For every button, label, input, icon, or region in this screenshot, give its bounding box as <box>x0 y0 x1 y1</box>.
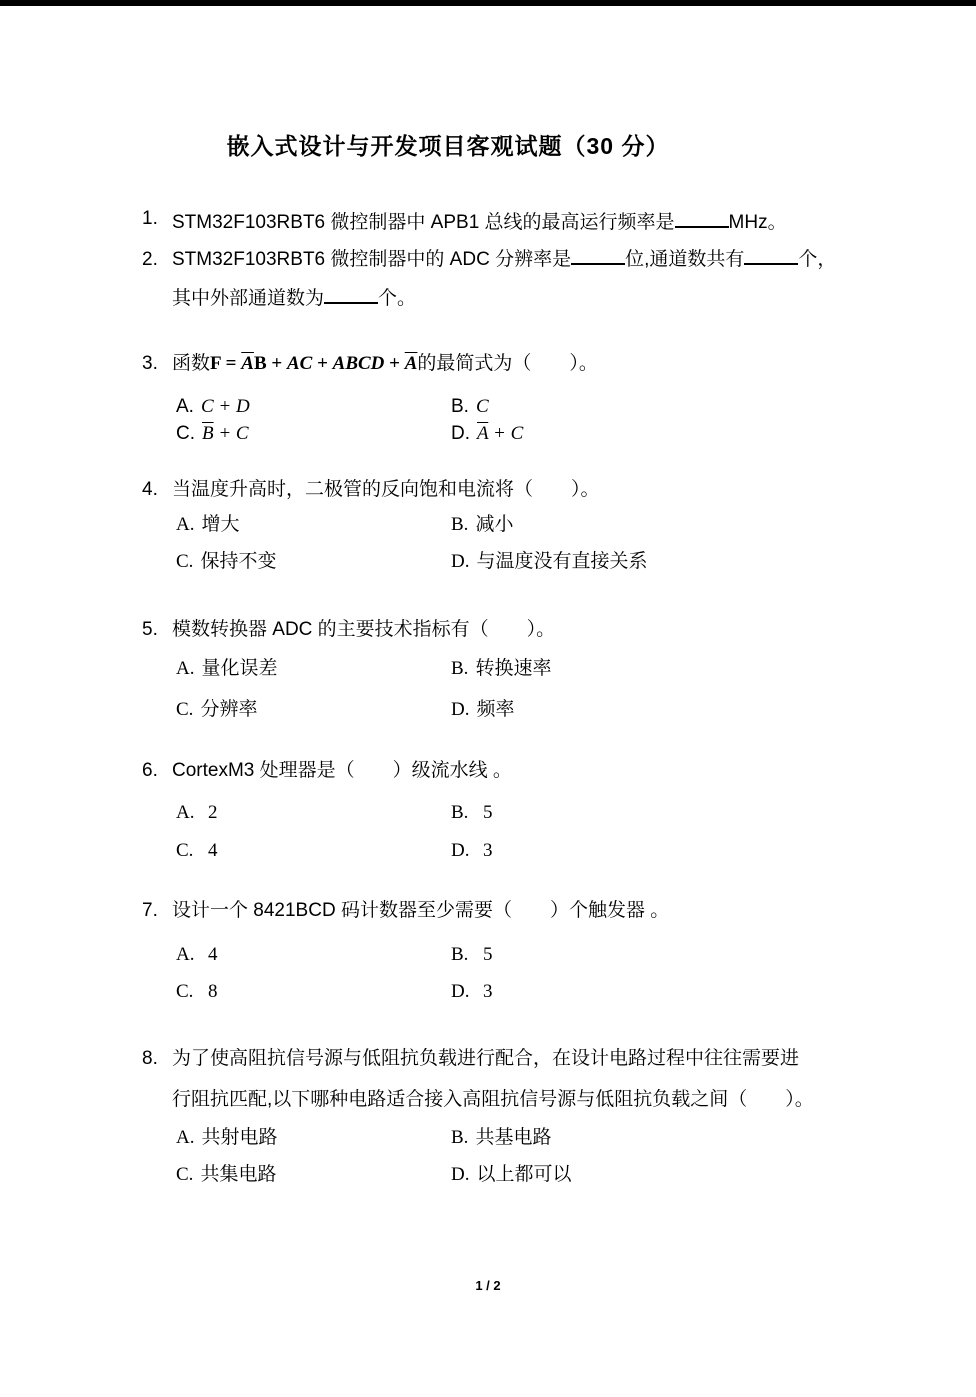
option-label: B. <box>451 514 468 535</box>
option-text: 5 <box>483 944 493 965</box>
question-stem-line-1: 为了使高阻抗信号源与低阻抗负载进行配合，在设计电路过程中往往需要进 <box>172 1038 814 1079</box>
option-text: 4 <box>208 840 218 861</box>
option-label: D. <box>451 699 469 720</box>
option-d: D.A + C <box>451 420 598 447</box>
question-stem: STM32F103RBT6 微控制器中 APB1 总线的最高运行频率是MHz。 <box>172 205 787 236</box>
stem-text: STM32F103RBT6 微控制器中的 ADC 分辨率是 <box>172 249 571 270</box>
option-a: A.4 <box>176 941 451 968</box>
option-a: A.增大 <box>176 511 451 538</box>
option-text: 以上都可以 <box>476 1164 571 1185</box>
option-text: 5 <box>483 802 493 823</box>
stem-text: MHz。 <box>729 212 787 233</box>
question-5: 5. 模数转换器 ADC 的主要技术指标有（ ）。 A.量化误差 B.转换速率 … <box>142 616 555 733</box>
plus-sign: + <box>384 353 404 374</box>
formula-F: F <box>210 353 221 374</box>
question-1: 1. STM32F103RBT6 微控制器中 APB1 总线的最高运行频率是MH… <box>142 205 787 236</box>
option-text: 8 <box>208 981 218 1002</box>
question-7: 7. 设计一个 8421BCD 码计数器至少需要（ ）个触发器 。 A.4 B.… <box>142 897 669 1015</box>
option-c: C.保持不变 <box>176 548 451 575</box>
option-c: C.共集电路 <box>176 1161 451 1188</box>
option-text: 共基电路 <box>475 1127 551 1148</box>
options-grid: A.增大 B.减小 C.保持不变 D.与温度没有直接关系 <box>172 511 648 575</box>
question-stem-line-1: STM32F103RBT6 微控制器中的 ADC 分辨率是位,通道数共有个， <box>172 240 836 279</box>
formula-ABCD: ABCD <box>333 353 385 374</box>
formula-A-bar: A <box>405 353 418 374</box>
stem-text: 位,通道数共有 <box>625 249 744 270</box>
option-text: C <box>476 396 489 417</box>
question-number: 6. <box>142 757 172 874</box>
option-label: C. <box>176 837 208 864</box>
option-label: B. <box>451 396 469 417</box>
option-d: D.频率 <box>451 696 555 723</box>
stem-text: 个。 <box>378 288 416 309</box>
options-grid: A.2 B.5 C.4 D.3 <box>172 799 512 864</box>
option-text: 分辨率 <box>200 699 257 720</box>
option-d: D.与温度没有直接关系 <box>451 548 648 575</box>
question-number: 5. <box>142 616 172 733</box>
option-d: D.3 <box>451 837 512 864</box>
question-number: 3. <box>142 350 172 447</box>
option-b: B.C <box>451 393 598 420</box>
option-label: B. <box>451 1127 468 1148</box>
question-stem-line-2: 行阻抗匹配,以下哪种电路适合接入高阻抗信号源与低阻抗负载之间（ ）。 <box>172 1079 814 1120</box>
formula-A-bar: A <box>241 353 254 374</box>
formula-B: B <box>254 353 267 374</box>
option-label: C. <box>176 551 193 572</box>
question-number: 7. <box>142 897 172 1015</box>
stem-text: 其中外部通道数为 <box>172 288 324 309</box>
option-b: B.转换速率 <box>451 655 555 682</box>
option-c: C.8 <box>176 978 451 1005</box>
option-label: D. <box>451 1164 469 1185</box>
plus-sign: + <box>267 353 287 374</box>
option-a: A.量化误差 <box>176 655 451 682</box>
question-6: 6. CortexM3 处理器是（ ）级流水线 。 A.2 B.5 C.4 D.… <box>142 757 512 874</box>
option-text: 与温度没有直接关系 <box>476 551 647 572</box>
option-text: 频率 <box>476 699 514 720</box>
options-grid: A.C + D B.C C.B + C D.A + C <box>172 393 598 447</box>
option-text: + C <box>488 423 523 444</box>
question-3: 3. 函数F = AB + AC + ABCD + A的最简式为（ ）。 A.C… <box>142 350 598 447</box>
question-stem: CortexM3 处理器是（ ）级流水线 。 <box>172 757 512 784</box>
options-grid: A.量化误差 B.转换速率 C.分辨率 D.频率 <box>172 655 555 723</box>
exam-title: 嵌入式设计与开发项目客观试题（30 分） <box>40 128 856 161</box>
option-label: A. <box>176 514 194 535</box>
stem-text: 函数 <box>172 353 210 374</box>
option-label: A. <box>176 799 208 826</box>
option-text: 4 <box>208 944 218 965</box>
option-text: 增大 <box>201 514 239 535</box>
option-label: C. <box>176 1164 193 1185</box>
question-stem-formula: 函数F = AB + AC + ABCD + A的最简式为（ ）。 <box>172 350 598 377</box>
option-label: C. <box>176 978 208 1005</box>
question-stem: 设计一个 8421BCD 码计数器至少需要（ ）个触发器 。 <box>172 897 669 924</box>
question-4: 4. 当温度升高时，二极管的反向饱和电流将（ ）。 A.增大 B.减小 C.保持… <box>142 476 648 585</box>
stem-text: 个， <box>798 249 836 270</box>
options-grid: A.4 B.5 C.8 D.3 <box>172 941 669 1005</box>
option-d: D.以上都可以 <box>451 1161 814 1188</box>
option-text: 减小 <box>475 514 513 535</box>
page-number: 1 / 2 <box>0 1278 976 1293</box>
option-text: 保持不变 <box>200 551 276 572</box>
option-label: C. <box>176 699 193 720</box>
option-label: B. <box>451 941 483 968</box>
option-a: A.C + D <box>176 393 451 420</box>
option-b: B.5 <box>451 941 669 968</box>
equals-sign: = <box>221 353 241 374</box>
option-b: B.5 <box>451 799 512 826</box>
option-text: 共射电路 <box>201 1127 277 1148</box>
option-c: C.4 <box>176 837 451 864</box>
fill-blank <box>324 281 378 304</box>
option-label: A. <box>176 941 208 968</box>
option-label: D. <box>451 978 483 1005</box>
option-label: D. <box>451 423 470 444</box>
option-a: A.共射电路 <box>176 1124 451 1151</box>
option-text: 3 <box>483 981 493 1002</box>
option-text: 3 <box>483 840 493 861</box>
option-label: D. <box>451 551 469 572</box>
fill-blank <box>744 242 798 265</box>
option-label: A. <box>176 658 194 679</box>
question-number: 2. <box>142 240 172 318</box>
option-label: B. <box>451 658 468 679</box>
question-number: 8. <box>142 1038 172 1198</box>
option-b: B.减小 <box>451 511 648 538</box>
option-label: C. <box>176 423 195 444</box>
option-label: A. <box>176 1127 194 1148</box>
plus-sign: + <box>312 353 332 374</box>
option-a: A.2 <box>176 799 451 826</box>
fill-blank <box>571 242 625 265</box>
exam-document-page: 嵌入式设计与开发项目客观试题（30 分） 1. STM32F103RBT6 微控… <box>0 0 976 1397</box>
options-grid: A.共射电路 B.共基电路 C.共集电路 D.以上都可以 <box>172 1124 814 1188</box>
option-d: D.3 <box>451 978 669 1005</box>
option-label: D. <box>451 837 483 864</box>
question-stem: 模数转换器 ADC 的主要技术指标有（ ）。 <box>172 616 555 643</box>
question-stem-line-2: 其中外部通道数为个。 <box>172 279 836 318</box>
option-text: 2 <box>208 802 218 823</box>
question-number: 1. <box>142 205 172 236</box>
formula-AC: AC <box>287 353 312 374</box>
option-b: B.共基电路 <box>451 1124 814 1151</box>
option-text: 量化误差 <box>201 658 277 679</box>
top-edge-bar <box>0 0 976 6</box>
stem-text: 的最简式为（ ）。 <box>417 353 598 374</box>
option-B-bar: B <box>202 423 214 444</box>
fill-blank <box>675 205 729 228</box>
option-c: C.B + C <box>176 420 451 447</box>
question-stem: 当温度升高时，二极管的反向饱和电流将（ ）。 <box>172 476 648 503</box>
question-number: 4. <box>142 476 172 585</box>
option-text: + C <box>214 423 249 444</box>
option-A-bar: A <box>477 423 488 444</box>
question-2: 2. STM32F103RBT6 微控制器中的 ADC 分辨率是位,通道数共有个… <box>142 240 836 318</box>
option-c: C.分辨率 <box>176 696 451 723</box>
option-text: C + D <box>201 396 250 417</box>
option-text: 转换速率 <box>475 658 551 679</box>
stem-text: STM32F103RBT6 微控制器中 APB1 总线的最高运行频率是 <box>172 212 675 233</box>
option-text: 共集电路 <box>200 1164 276 1185</box>
question-8: 8. 为了使高阻抗信号源与低阻抗负载进行配合，在设计电路过程中往往需要进 行阻抗… <box>142 1038 814 1198</box>
option-label: A. <box>176 396 194 417</box>
option-label: B. <box>451 799 483 826</box>
